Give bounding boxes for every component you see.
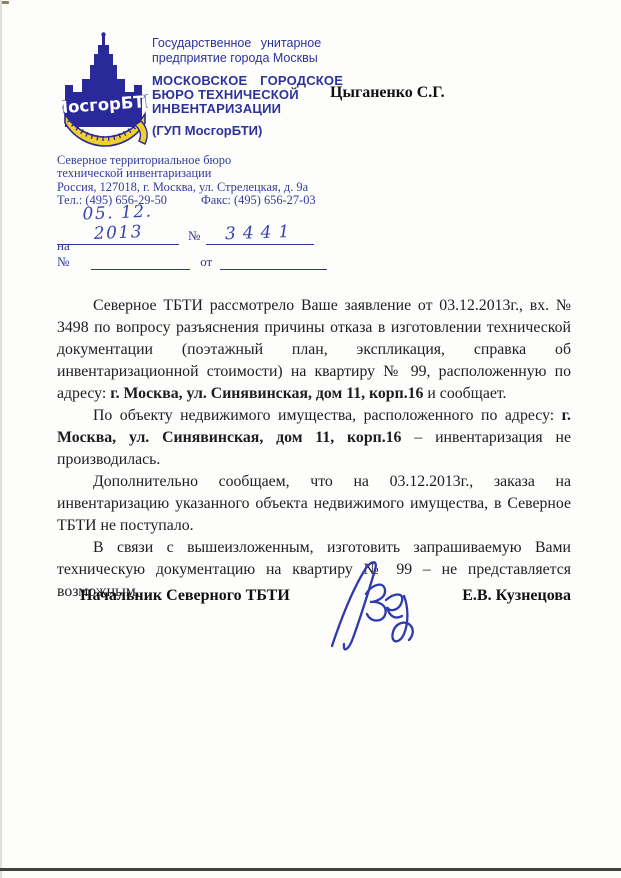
- address-bold-text: г. Москва, ул. Синявинская, дом 11, корп…: [110, 385, 423, 402]
- org-name-line: ИНВЕНТАРИЗАЦИИ: [152, 102, 372, 116]
- letter-body: Северное ТБТИ рассмотрело Ваше заявление…: [57, 295, 571, 603]
- reply-number-blank-line: [91, 254, 190, 270]
- org-type-line: Государственное унитарное: [152, 36, 372, 51]
- scan-page-edge: [0, 868, 621, 871]
- from-label: от: [200, 254, 212, 270]
- paragraph-text: По объекту недвижимого имущества, распол…: [93, 407, 562, 424]
- mosgorbti-logo-icon: МосгорБТИ: [62, 32, 148, 152]
- org-type: Государственное унитарное предприятие го…: [152, 36, 372, 66]
- paragraph-text: и сообщает.: [423, 385, 506, 402]
- paragraph: Дополнительно сообщаем, что на 03.12.201…: [57, 471, 571, 537]
- signer-title: Начальник Северного ТБТИ: [80, 587, 290, 605]
- signer-name: Е.В. Кузнецова: [462, 587, 571, 605]
- reply-to-label: на №: [57, 238, 84, 270]
- org-type-line: предприятие города Москвы: [152, 51, 372, 66]
- incoming-ref-row: на № от: [57, 238, 327, 270]
- scanned-letter-page: МосгорБТИ Государственное унитарное пред…: [0, 0, 621, 878]
- bureau-address-block: Северное территориальное бюро техническо…: [57, 154, 397, 208]
- paragraph-text: Дополнительно сообщаем, что на 03.12.201…: [57, 473, 571, 534]
- bureau-line: Северное территориальное бюро: [57, 154, 397, 167]
- recipient-name: Цыганенко С.Г.: [330, 84, 445, 102]
- paragraph: По объекту недвижимого имущества, распол…: [57, 405, 571, 471]
- org-short-name: (ГУП МосгорБТИ): [152, 123, 372, 138]
- scan-left-edge: [0, 0, 2, 878]
- bureau-line: технической инвентаризации: [57, 167, 397, 180]
- paragraph: Северное ТБТИ рассмотрело Ваше заявление…: [57, 295, 571, 405]
- signature-row: Начальник Северного ТБТИ Е.В. Кузнецова: [57, 587, 571, 605]
- reply-date-blank-line: [220, 254, 327, 270]
- signature-autograph-icon: [316, 548, 428, 652]
- bureau-line: Россия, 127018, г. Москва, ул. Стрелецка…: [57, 181, 397, 194]
